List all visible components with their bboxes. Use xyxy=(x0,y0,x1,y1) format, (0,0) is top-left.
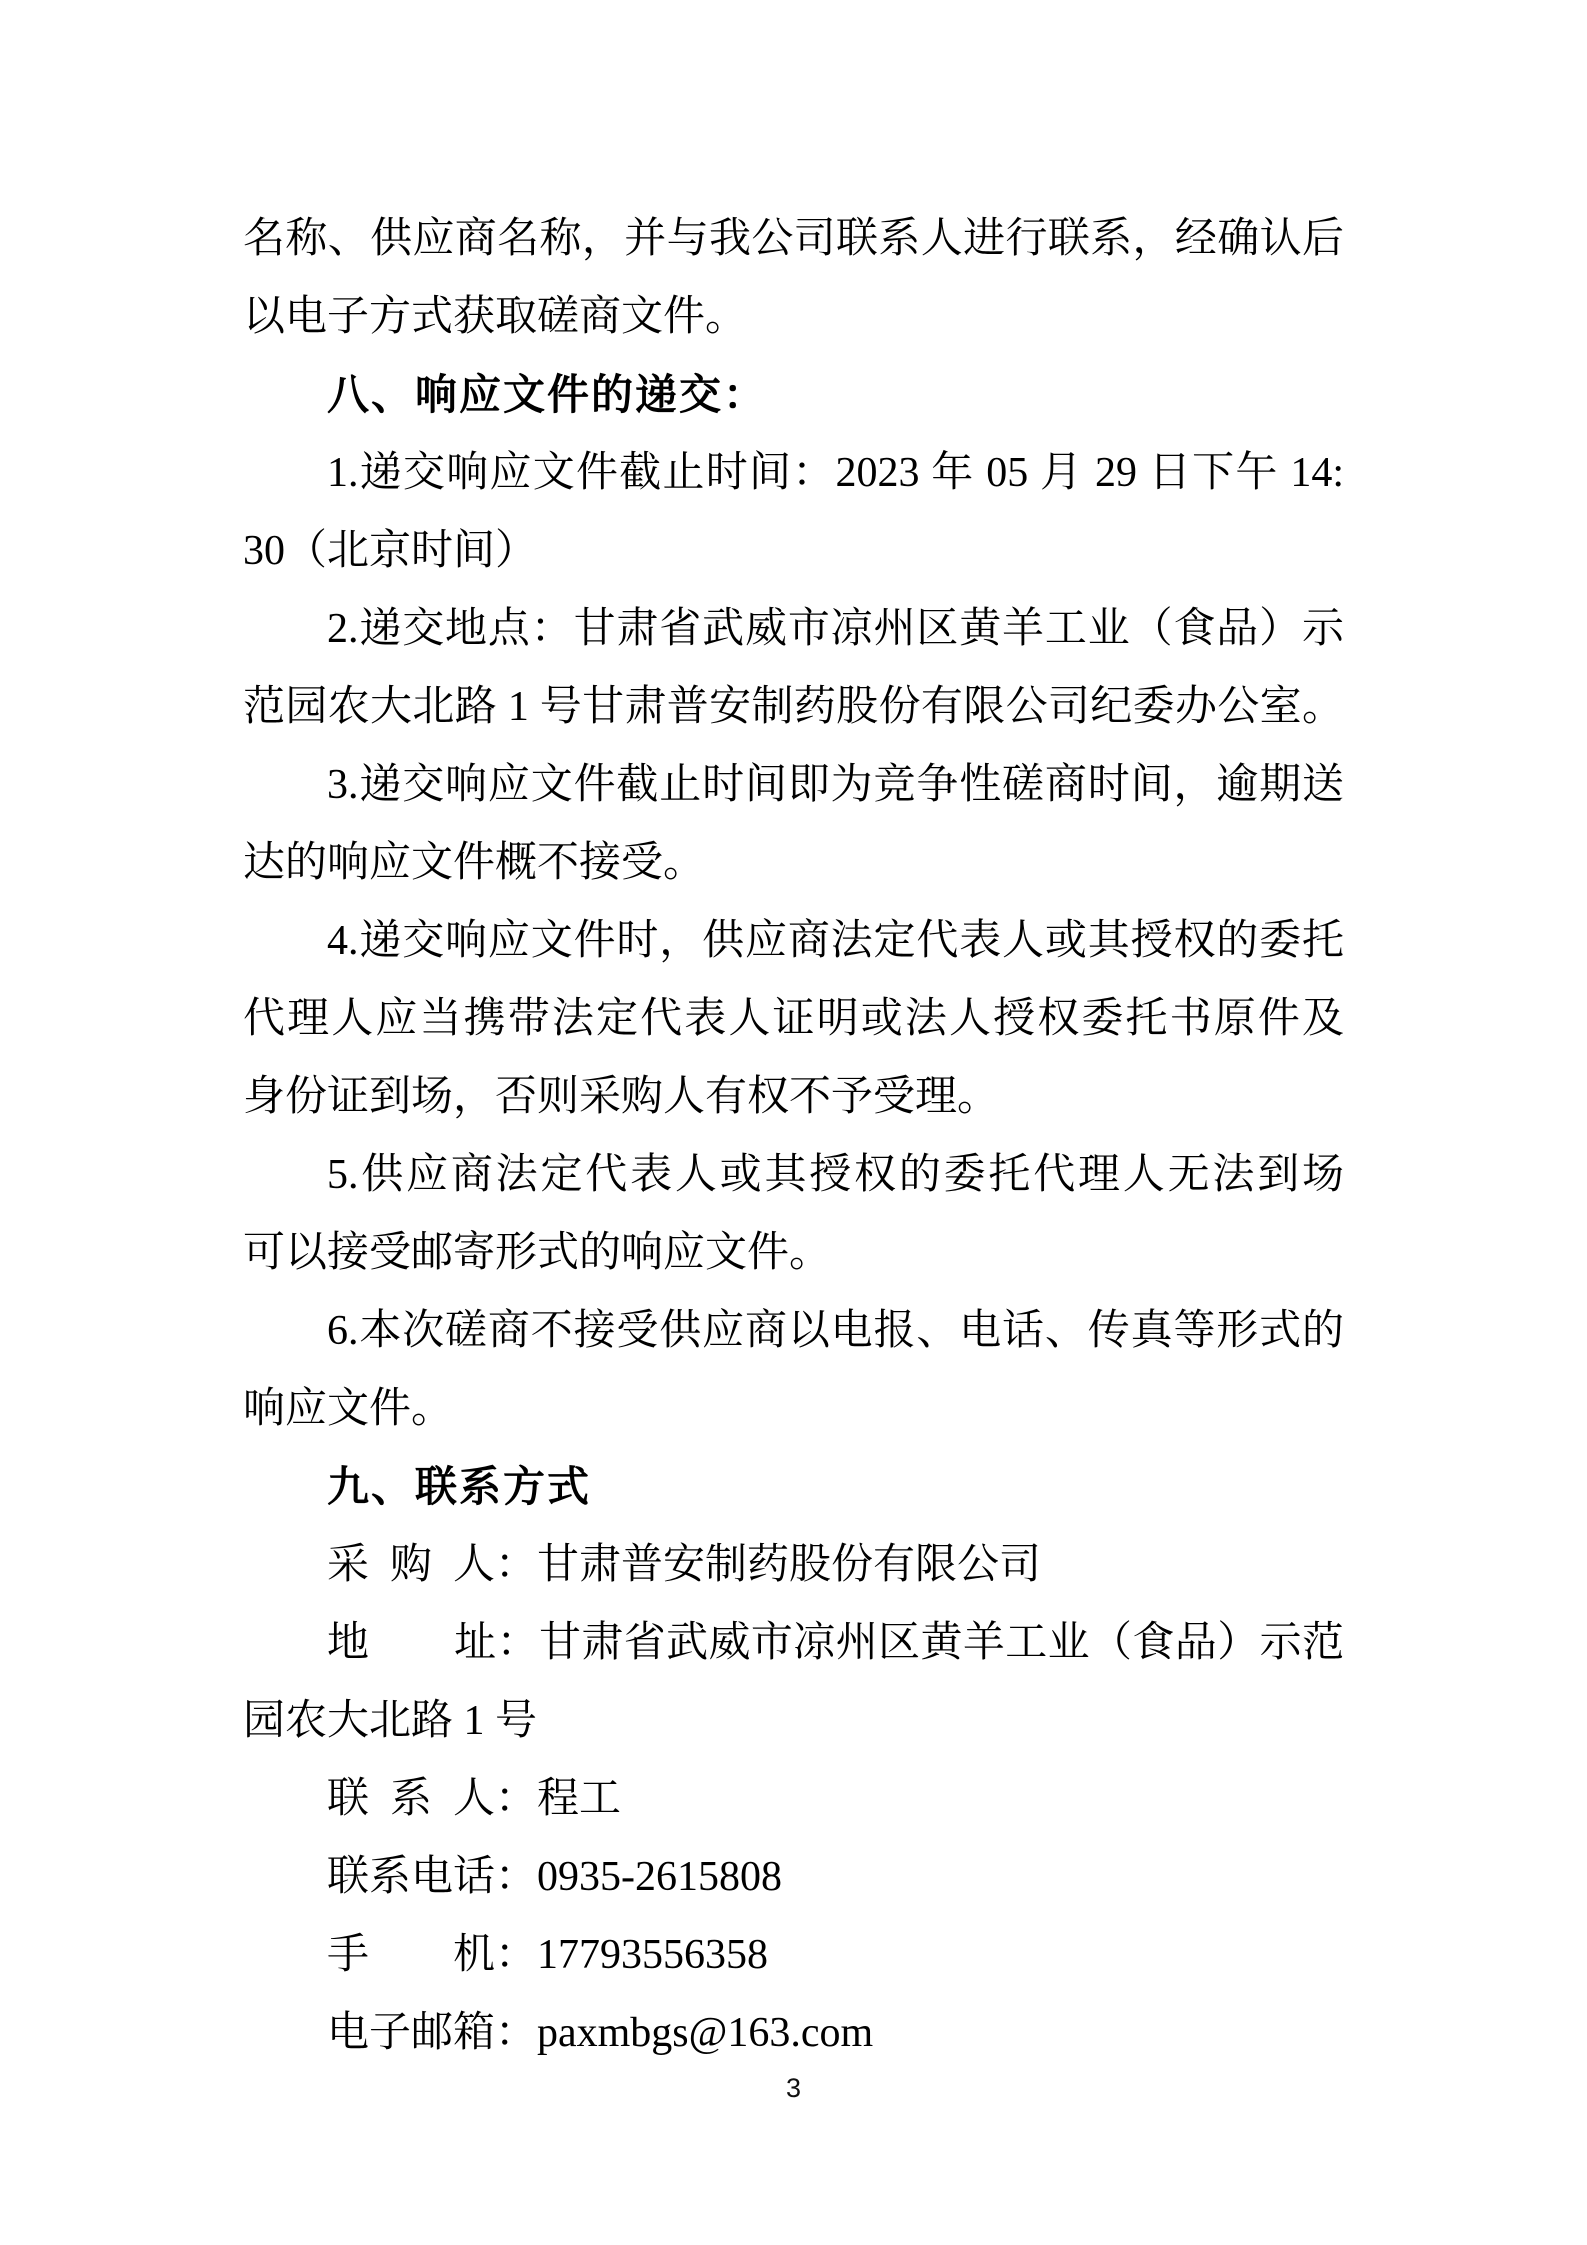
email-line: 电子邮箱：paxmbgs@163.com xyxy=(243,1994,1344,2072)
doc-line: 名称、供应商名称，并与我公司联系人进行联系，经确认后 xyxy=(243,200,1344,278)
submission-place-line: 2.递交地点：甘肃省武威市凉州区黄羊工业（食品）示 xyxy=(243,590,1344,668)
doc-line: 身份证到场，否则采购人有权不予受理。 xyxy=(243,1058,1344,1136)
phone-line: 联系电话：0935-2615808 xyxy=(243,1838,1344,1916)
doc-line: 达的响应文件概不接受。 xyxy=(243,824,1344,902)
section-heading-9: 九、联系方式 xyxy=(243,1448,1344,1526)
purchaser-line: 采 购 人：甘肃普安制药股份有限公司 xyxy=(243,1526,1344,1604)
address-line-2: 园农大北路 1 号 xyxy=(243,1682,1344,1760)
address-line-1: 地 址：甘肃省武威市凉州区黄羊工业（食品）示范 xyxy=(243,1604,1344,1682)
section-heading-8: 八、响应文件的递交： xyxy=(243,356,1344,434)
submission-place-line-2: 范园农大北路 1 号甘肃普安制药股份有限公司纪委办公室。 xyxy=(243,668,1344,746)
doc-line: 4.递交响应文件时，供应商法定代表人或其授权的委托 xyxy=(243,902,1344,980)
doc-line: 以电子方式获取磋商文件。 xyxy=(243,278,1344,356)
contact-person-line: 联 系 人：程工 xyxy=(243,1760,1344,1838)
doc-line: 可以接受邮寄形式的响应文件。 xyxy=(243,1214,1344,1292)
submission-deadline-line: 1.递交响应文件截止时间：2023 年 05 月 29 日下午 14: xyxy=(243,434,1344,512)
submission-deadline-line-2: 30（北京时间） xyxy=(243,512,1344,590)
doc-line: 响应文件。 xyxy=(243,1370,1344,1448)
page-number: 3 xyxy=(0,2072,1587,2104)
doc-line: 6.本次磋商不接受供应商以电报、电话、传真等形式的 xyxy=(243,1292,1344,1370)
document-page: 名称、供应商名称，并与我公司联系人进行联系，经确认后 以电子方式获取磋商文件。 … xyxy=(0,0,1587,2245)
mobile-line: 手 机：17793556358 xyxy=(243,1916,1344,1994)
doc-line: 5.供应商法定代表人或其授权的委托代理人无法到场 xyxy=(243,1136,1344,1214)
doc-line: 3.递交响应文件截止时间即为竞争性磋商时间，逾期送 xyxy=(243,746,1344,824)
doc-line: 代理人应当携带法定代表人证明或法人授权委托书原件及 xyxy=(243,980,1344,1058)
document-body: 名称、供应商名称，并与我公司联系人进行联系，经确认后 以电子方式获取磋商文件。 … xyxy=(243,200,1344,2072)
